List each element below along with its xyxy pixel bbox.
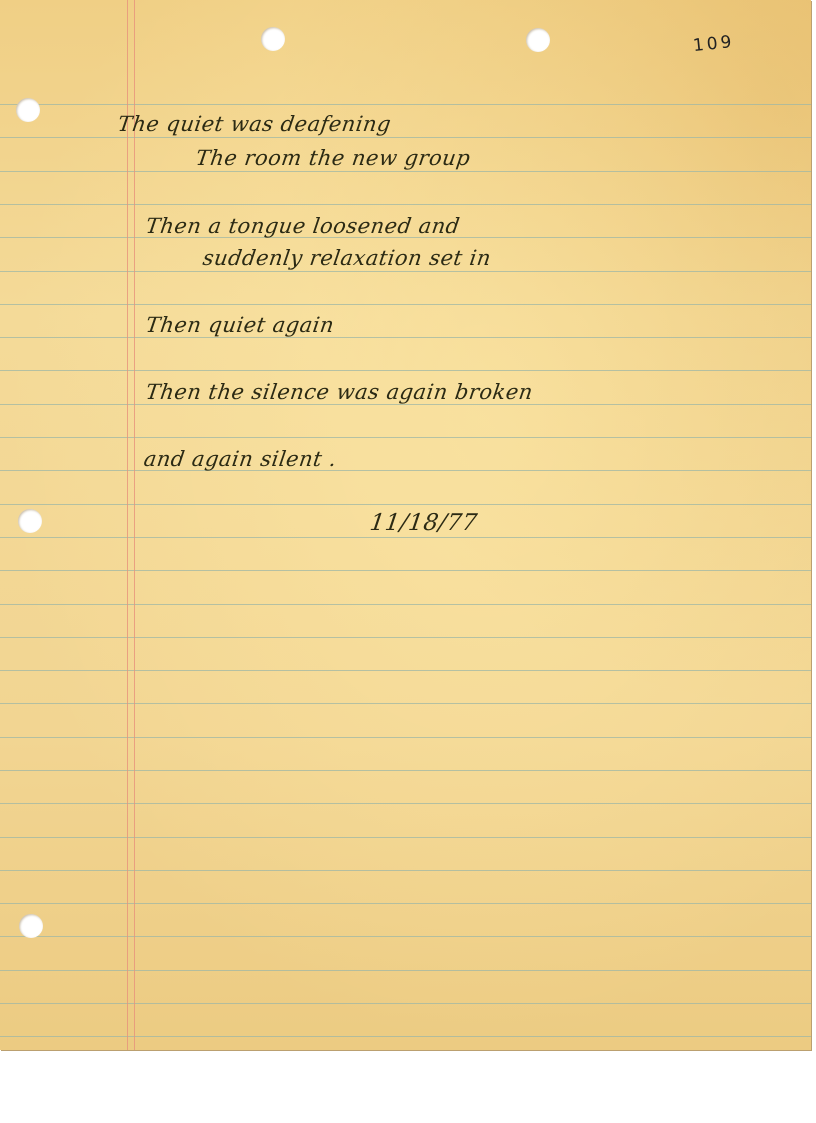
rule-line — [0, 970, 811, 971]
rule-line — [0, 404, 811, 405]
rule-line — [0, 104, 811, 105]
rule-line — [0, 637, 811, 638]
rule-line — [0, 470, 811, 471]
rule-line — [0, 604, 811, 605]
handwritten-line: and again silent . — [142, 447, 338, 471]
punch-hole — [19, 914, 43, 938]
rule-line — [0, 337, 811, 338]
rule-line — [0, 803, 811, 804]
handwritten-line: Then quiet again — [144, 313, 335, 337]
rule-line — [0, 304, 811, 305]
rule-line — [0, 171, 811, 172]
rule-line — [0, 570, 811, 571]
rule-line — [0, 703, 811, 704]
rule-line — [0, 903, 811, 904]
punch-hole — [526, 28, 550, 52]
handwritten-line: The room the new group — [194, 146, 472, 170]
margin-line-right — [134, 0, 135, 1050]
rule-line — [0, 837, 811, 838]
notebook-page: 109 The quiet was deafening The room the… — [0, 0, 811, 1050]
rule-line — [0, 537, 811, 538]
rule-line — [0, 437, 811, 438]
rule-line — [0, 370, 811, 371]
handwritten-line: suddenly relaxation set in — [201, 246, 492, 270]
margin-line-left — [127, 0, 128, 1050]
rule-line — [0, 1036, 811, 1037]
rule-line — [0, 504, 811, 505]
rule-line — [0, 770, 811, 771]
punch-hole — [18, 509, 42, 533]
handwritten-line: Then a tongue loosened and — [144, 214, 461, 238]
rule-line — [0, 137, 811, 138]
rule-line — [0, 1003, 811, 1004]
rule-line — [0, 670, 811, 671]
rule-line — [0, 936, 811, 937]
handwritten-date: 11/18/77 — [368, 510, 479, 536]
rule-line — [0, 271, 811, 272]
punch-hole — [16, 98, 40, 122]
handwritten-line: Then the silence was again broken — [144, 380, 534, 404]
handwritten-line: The quiet was deafening — [116, 112, 392, 136]
rule-line — [0, 204, 811, 205]
rule-line — [0, 870, 811, 871]
punch-hole — [261, 27, 285, 51]
rule-line — [0, 737, 811, 738]
